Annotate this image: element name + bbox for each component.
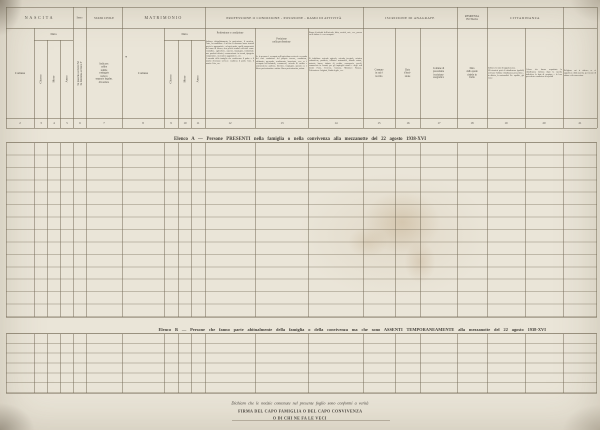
col-professione-title: Professione o condizione xyxy=(206,31,254,34)
section-sesso: Sesso xyxy=(73,8,86,28)
column-number: 12 xyxy=(228,121,233,124)
col-matrimonio-comune: * Comune xyxy=(122,28,164,118)
table-line xyxy=(178,40,179,128)
section-iscrizione-anagrafe: ISCRIZIONE DI ANAGRAFE xyxy=(363,8,457,28)
column-number: 13 xyxy=(279,121,284,124)
col-nascita-data-label: Data xyxy=(35,32,72,36)
table-line xyxy=(47,40,48,128)
col-sesso-note-text: Se maschio scrivere M Se femmina scriver… xyxy=(76,28,82,118)
col-nascita-mese: Mese xyxy=(47,40,60,118)
elenco-b-table xyxy=(6,333,597,394)
col-matrimonio-data-label: Data xyxy=(165,32,204,36)
column-number: 21 xyxy=(578,121,583,124)
table-line xyxy=(34,28,35,128)
table-line xyxy=(164,28,165,128)
census-form-page: NASCITA Sesso STATO CIVILE MATRIMONIO PR… xyxy=(0,0,600,430)
col-matrimonio-mese: Mese xyxy=(178,40,191,118)
section-nascita: NASCITA xyxy=(6,8,73,28)
grid-vline xyxy=(596,334,597,393)
col-posizione-professione: Posizione nella professione Se la person… xyxy=(255,28,308,118)
section-professione: PROFESSIONE O CONDIZIONE - POSIZIONE - R… xyxy=(205,8,363,28)
grid-vline xyxy=(191,143,192,317)
section-stato-civile: STATO CIVILE xyxy=(86,8,122,28)
elenco-b-title-text: Elenco B — Persone che fanno parte abitu… xyxy=(158,327,545,332)
column-number: 16 xyxy=(405,121,410,124)
table-line xyxy=(60,40,61,128)
page-corner-shadow xyxy=(560,0,600,30)
table-line xyxy=(363,7,364,128)
table-line xyxy=(73,7,74,128)
grid-vline xyxy=(6,143,7,317)
column-number: 8 xyxy=(141,121,146,124)
grid-vline xyxy=(205,143,206,317)
grid-vline xyxy=(6,334,7,393)
grid-vline xyxy=(563,334,564,393)
column-number: 14 xyxy=(333,121,338,124)
column-number: 18 xyxy=(470,121,475,124)
grid-vline xyxy=(73,334,74,393)
grid-vline xyxy=(164,334,165,393)
section-iscrizione-label: ISCRIZIONE DI ANAGRAFE xyxy=(364,16,456,20)
table-line xyxy=(457,7,458,128)
col-residenza-data-label: Data dalla quale risiede in Italia xyxy=(458,67,486,79)
col-professione-condizione: Professione o condizione Indicare dettag… xyxy=(205,28,255,118)
grid-vline xyxy=(457,143,458,317)
grid-vline xyxy=(122,143,123,317)
col-cittadinanza-stato-note: Indicare lo stato di appartenenza. Gli s… xyxy=(488,67,524,79)
col-iscrizione-data-label: Data d'iscri- zione xyxy=(396,68,419,77)
grid-vline xyxy=(86,143,87,317)
col-cittadinanza-acquisita: Coloro che hanno acquistato la cittadina… xyxy=(525,28,563,118)
grid-vline xyxy=(487,334,488,393)
grid-vline xyxy=(420,334,421,393)
grid-vline xyxy=(47,334,48,393)
col-matrimonio-comune-label: Comune xyxy=(123,71,163,75)
grid-vline xyxy=(420,143,421,317)
col-nascita-comune-label: Comune xyxy=(7,71,33,75)
col-nascita-data: Data xyxy=(34,28,73,40)
col-cittadinanza-acquisita-note: Coloro che hanno acquistato la cittadina… xyxy=(526,68,562,78)
column-number: 4 xyxy=(51,121,56,124)
grid-vline xyxy=(164,143,165,317)
col-professione-note: Indicare dettagliatamente la professione… xyxy=(206,40,254,65)
col-posizione-title: Posizione nella professione xyxy=(256,37,307,43)
section-matrimonio-label: MATRIMONIO xyxy=(123,16,204,21)
elenco-a-title-text: Elenco A — Persone PRESENTI nella famigl… xyxy=(174,136,426,141)
col-sesso-note: Se maschio scrivere M Se femmina scriver… xyxy=(73,28,86,118)
col-posizione-note: Se la persona è occupata nell'agricoltur… xyxy=(256,55,307,70)
grid-vline xyxy=(255,334,256,393)
grid-vline xyxy=(363,143,364,317)
grid-vline xyxy=(191,334,192,393)
col-ramo-attivita-note2: Si indichino: azienda agricola, azienda … xyxy=(309,57,362,72)
col-religione: Religione cui si attiene; se vi appartie… xyxy=(563,28,597,118)
grid-vline xyxy=(395,143,396,317)
col-iscrizione-precedente: Comune di precedente iscrizione anagrafi… xyxy=(420,28,457,118)
table-line xyxy=(563,7,564,128)
table-line xyxy=(6,28,597,29)
grid-vline xyxy=(525,334,526,393)
grid-vline xyxy=(47,143,48,317)
grid-vline xyxy=(308,143,309,317)
column-number: 11 xyxy=(196,121,201,124)
column-number: 17 xyxy=(436,121,441,124)
grid-vline xyxy=(178,143,179,317)
col-nascita-mese-label: Mese xyxy=(52,40,56,118)
footnote-asterisk: * xyxy=(125,55,127,60)
grid-vline xyxy=(596,143,597,317)
column-number: 20 xyxy=(542,121,547,124)
grid-vline xyxy=(60,334,61,393)
col-iscrizione-precedente-label: Comune di precedente iscrizione anagrafi… xyxy=(421,67,456,79)
section-residenza-label: RESIDENZA IN ITALIA xyxy=(458,15,486,21)
col-matrimonio-anno-label: Anno xyxy=(196,40,200,118)
table-line xyxy=(395,28,396,128)
column-number: 2 xyxy=(18,121,23,124)
column-number: 5 xyxy=(64,121,69,124)
table-line xyxy=(6,7,7,128)
table-line xyxy=(191,40,192,128)
grid-vline xyxy=(255,143,256,317)
col-nascita-giorno: Giorno xyxy=(34,40,47,118)
table-line xyxy=(6,7,597,8)
grid-vline xyxy=(487,143,488,317)
section-cittadinanza-label: CITTADINANZA xyxy=(488,16,562,20)
section-nascita-label: NASCITA xyxy=(7,16,72,21)
grid-vline xyxy=(60,143,61,317)
col-matrimonio-anno: Anno xyxy=(191,40,205,118)
col-ramo-attivita: Ramo di attività dell'azienda, ditta, so… xyxy=(308,28,363,118)
col-stato-civile-note-text: Indicare: celibe nubile coniugato vedovo… xyxy=(87,62,121,83)
table-line xyxy=(597,7,598,128)
col-nascita-comune: Comune xyxy=(6,28,34,118)
section-professione-label: PROFESSIONE O CONDIZIONE - POSIZIONE - R… xyxy=(206,16,362,20)
table-line xyxy=(6,118,597,119)
col-stato-civile-note: Indicare: celibe nubile coniugato vedovo… xyxy=(86,28,122,118)
column-number: 10 xyxy=(182,121,187,124)
grid-vline xyxy=(34,334,35,393)
col-cittadinanza-stato: Indicare lo stato di appartenenza. Gli s… xyxy=(487,28,525,118)
table-line xyxy=(255,28,256,128)
grid-vline xyxy=(525,143,526,317)
grid-vline xyxy=(86,334,87,393)
grid-vline xyxy=(363,334,364,393)
column-number: 3 xyxy=(38,121,43,124)
table-line xyxy=(6,128,597,129)
col-religione-note: Religione cui si attiene; se vi appartie… xyxy=(564,69,596,76)
table-line xyxy=(487,7,488,128)
table-line xyxy=(308,28,309,128)
col-nascita-anno: Anno xyxy=(60,40,73,118)
table-line xyxy=(34,40,73,41)
col-matrimonio-giorno-label: Giorno xyxy=(169,40,173,118)
col-ramo-attivita-note1: Ramo di attività dell'azienda, ditta, so… xyxy=(309,31,362,36)
column-number: 19 xyxy=(504,121,509,124)
grid-vline xyxy=(308,334,309,393)
table-line xyxy=(525,28,526,128)
section-sesso-label: Sesso xyxy=(74,16,85,19)
table-line xyxy=(164,40,205,41)
col-matrimonio-mese-label: Mese xyxy=(183,40,187,118)
col-iscrizione-comune-label: Comune in cui è iscritto xyxy=(364,68,394,77)
col-iscrizione-comune: Comune in cui è iscritto xyxy=(363,28,395,118)
section-stato-civile-label: STATO CIVILE xyxy=(87,16,121,20)
column-number: 15 xyxy=(377,121,382,124)
signature-line xyxy=(232,420,390,421)
col-nascita-anno-label: Anno xyxy=(65,40,69,118)
col-residenza-data: Data dalla quale risiede in Italia xyxy=(457,28,487,118)
table-line xyxy=(420,28,421,128)
table-line xyxy=(122,7,123,128)
grid-vline xyxy=(122,334,123,393)
grid-vline xyxy=(178,334,179,393)
grid-vline xyxy=(73,143,74,317)
table-line xyxy=(86,7,87,128)
grid-vline xyxy=(563,143,564,317)
grid-vline xyxy=(395,334,396,393)
section-matrimonio: MATRIMONIO xyxy=(122,8,205,28)
grid-vline xyxy=(457,334,458,393)
col-matrimonio-giorno: Giorno xyxy=(164,40,178,118)
grid-vline xyxy=(205,334,206,393)
col-iscrizione-data: Data d'iscri- zione xyxy=(395,28,420,118)
column-number: 9 xyxy=(169,121,174,124)
column-number: 6 xyxy=(77,121,82,124)
column-number: 7 xyxy=(102,121,107,124)
elenco-a-table xyxy=(6,142,597,318)
table-line xyxy=(205,7,206,128)
col-matrimonio-data: Data xyxy=(164,28,205,40)
col-nascita-giorno-label: Giorno xyxy=(39,40,43,118)
section-cittadinanza: CITTADINANZA xyxy=(487,8,563,28)
signature-caption-2: O DI CHI NE FA LE VECI xyxy=(0,410,600,428)
grid-vline xyxy=(34,143,35,317)
section-residenza-italia: RESIDENZA IN ITALIA xyxy=(457,8,487,28)
